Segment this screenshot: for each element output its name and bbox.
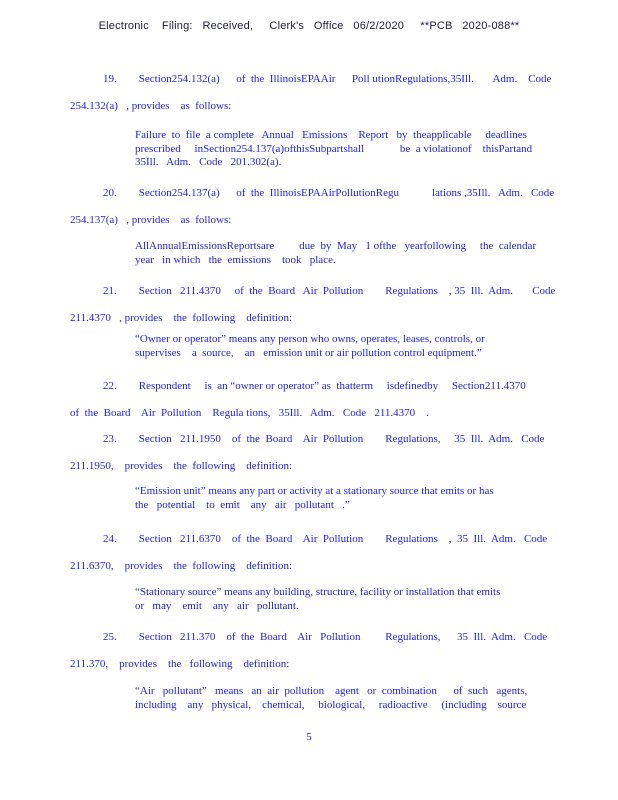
text-line: AllAnnualEmissionsReportsare due by May … [135,240,536,254]
block-quote-21: “Owner or operator” means any person who… [135,333,485,360]
paragraph-22: 22. Respondent is an “owner or operator”… [70,373,526,427]
text-line: “Emission unit” means any part or activi… [135,485,494,499]
block-quote-23: “Emission unit” means any part or activi… [135,485,494,512]
text-line: 211.4370 , provides the following defini… [70,305,555,332]
text-line: the potential to emit any air pollutant … [135,499,494,513]
text-line: “Stationary source” means any building, … [135,586,500,600]
text-line: 211.370, provides the following definiti… [70,651,547,678]
text-line: or may emit any air pollutant. [135,600,500,614]
text-line: prescribed inSection254.137(a)ofthisSubp… [135,143,532,157]
filing-header: Electronic Filing: Received, Clerk's Off… [0,20,618,32]
block-quote-19: Failure to file a complete Annual Emissi… [135,129,532,170]
block-quote-20: AllAnnualEmissionsReportsare due by May … [135,240,536,267]
text-line: 211.1950, provides the following definit… [70,453,544,480]
text-line: 254.132(a) , provides as follows: [70,93,551,120]
paragraph-21: 21. Section 211.4370 of the Board Air Po… [70,278,555,332]
text-line: including any physical, chemical, biolog… [135,699,527,713]
text-line: “Owner or operator” means any person who… [135,333,485,347]
block-quote-24: “Stationary source” means any building, … [135,586,500,613]
block-quote-25: “Air pollutant” means an air pollution a… [135,685,527,712]
document-page: Electronic Filing: Received, Clerk's Off… [0,0,618,800]
text-line: of the Board Air Pollution Regula tions,… [70,400,526,427]
paragraph-24: 24. Section 211.6370 of the Board Air Po… [70,526,547,580]
text-line: 21. Section 211.4370 of the Board Air Po… [70,278,555,305]
text-line: 35Ill. Adm. Code 201.302(a). [135,156,532,170]
text-line: 22. Respondent is an “owner or operator”… [70,373,526,400]
paragraph-25: 25. Section 211.370 of the Board Air Pol… [70,624,547,678]
paragraph-20: 20. Section254.137(a) of the IllinoisEPA… [70,180,554,234]
text-line: Failure to file a complete Annual Emissi… [135,129,532,143]
page-number: 5 [0,731,618,743]
paragraph-23: 23. Section 211.1950 of the Board Air Po… [70,426,544,480]
text-line: supervises a source, an emission unit or… [135,347,485,361]
text-line: 211.6370, provides the following definit… [70,553,547,580]
paragraph-19: 19. Section254.132(a) of the IllinoisEPA… [70,66,551,120]
text-line: 20. Section254.137(a) of the IllinoisEPA… [70,180,554,207]
text-line: year in which the emissions took place. [135,254,536,268]
text-line: 25. Section 211.370 of the Board Air Pol… [70,624,547,651]
text-line: 23. Section 211.1950 of the Board Air Po… [70,426,544,453]
text-line: 24. Section 211.6370 of the Board Air Po… [70,526,547,553]
text-line: 254.137(a) , provides as follows: [70,207,554,234]
text-line: 19. Section254.132(a) of the IllinoisEPA… [70,66,551,93]
text-line: “Air pollutant” means an air pollution a… [135,685,527,699]
